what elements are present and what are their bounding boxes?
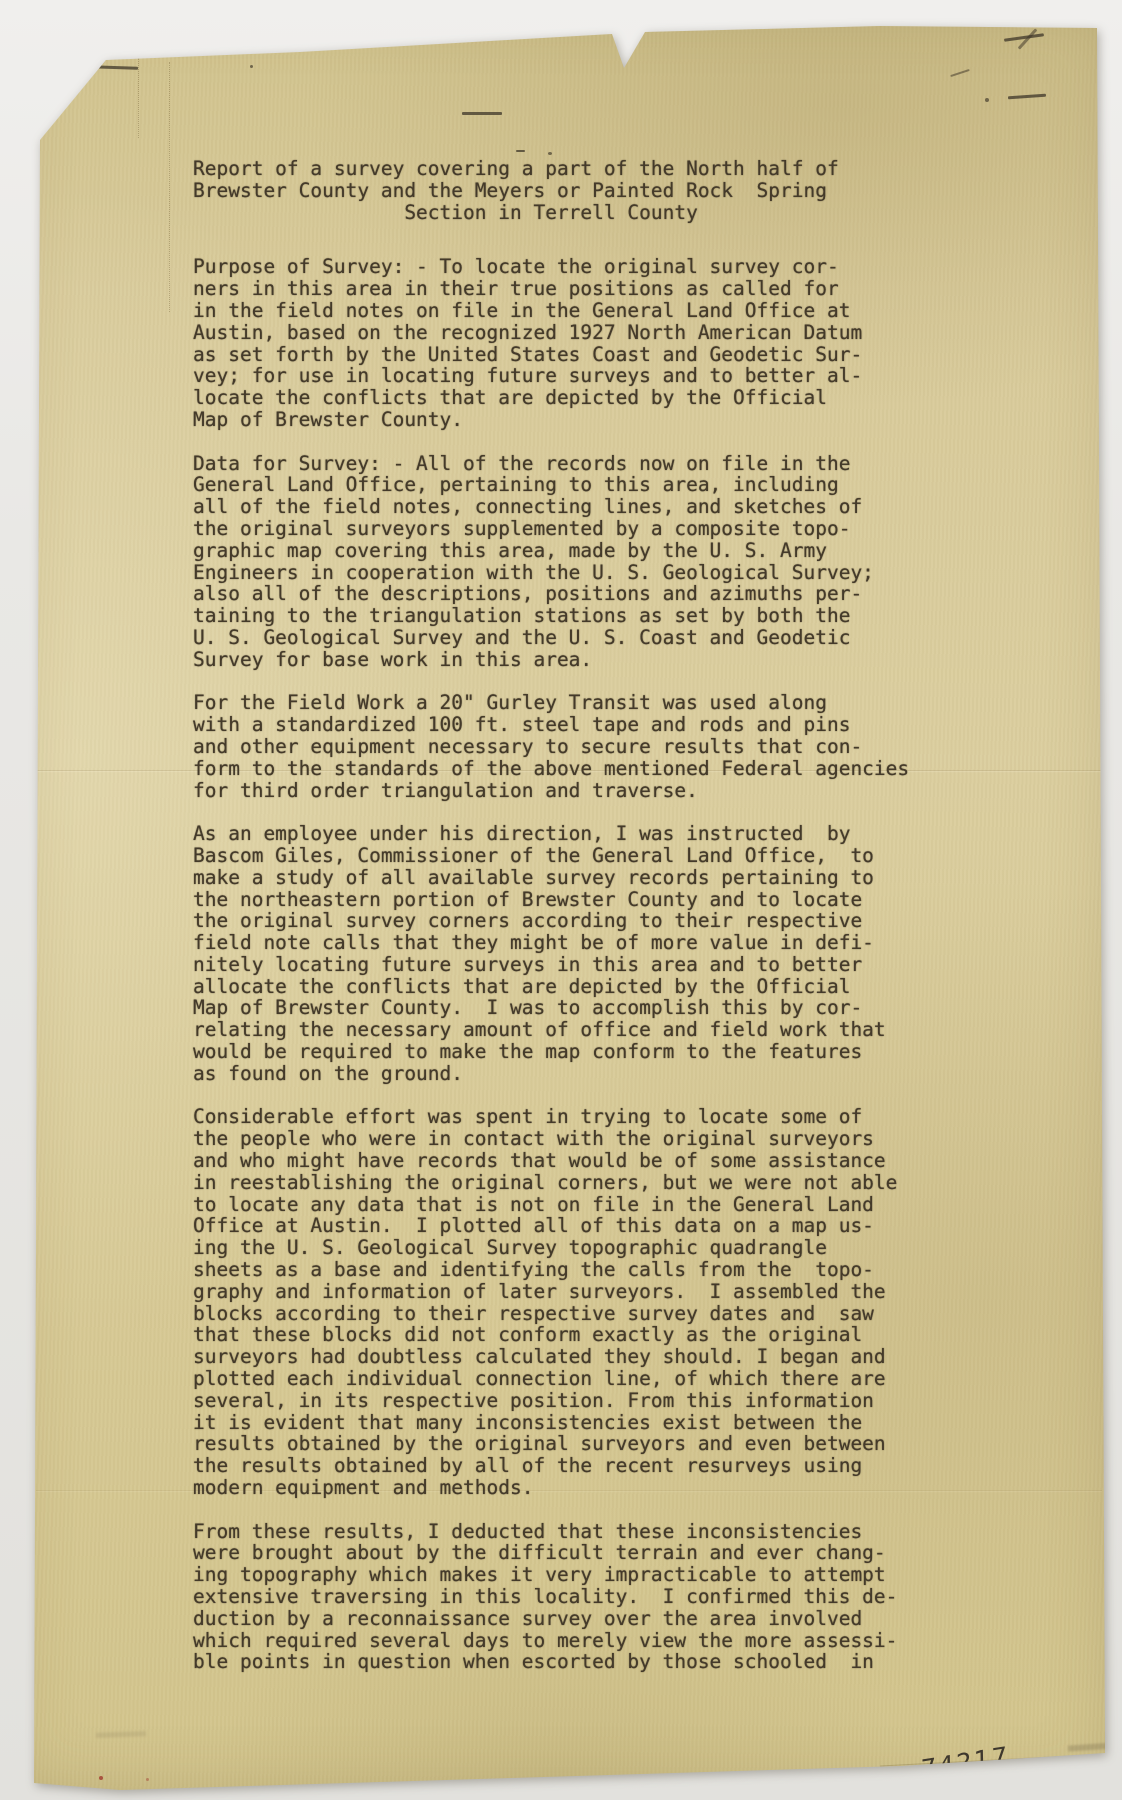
vertical-crease: [138, 58, 140, 138]
text-line: modern equipment and methods.: [193, 1477, 953, 1499]
pencil-speck: [548, 152, 552, 155]
document-title: Report of a survey covering a part of th…: [193, 158, 953, 223]
text-line: the northeastern portion of Brewster Cou…: [193, 889, 953, 911]
text-line: Engineers in cooperation with the U. S. …: [193, 562, 953, 584]
text-line: Austin, based on the recognized 1927 Nor…: [193, 322, 953, 344]
text-line: Survey for base work in this area.: [193, 649, 953, 671]
paragraph: Considerable effort was spent in trying …: [193, 1106, 953, 1498]
text-line: ing the U. S. Geological Survey topograp…: [193, 1237, 953, 1259]
text-line: form to the standards of the above menti…: [193, 758, 953, 780]
text-line: Purpose of Survey: - To locate the origi…: [193, 256, 953, 278]
text-line: Office at Austin. I plotted all of this …: [193, 1215, 953, 1237]
text-line: also all of the descriptions, positions …: [193, 583, 953, 605]
text-line: graphy and information of later surveyor…: [193, 1281, 953, 1303]
text-line: sheets as a base and identifying the cal…: [193, 1259, 953, 1281]
text-line: several, in its respective position. Fro…: [193, 1390, 953, 1412]
text-line: General Land Office, pertaining to this …: [193, 474, 953, 496]
text-line: As an employee under his direction, I wa…: [193, 823, 953, 845]
text-line: with a standardized 100 ft. steel tape a…: [193, 714, 953, 736]
text-line: ing topography which makes it very impra…: [193, 1564, 953, 1586]
title-line: Report of a survey covering a part of th…: [193, 158, 953, 180]
paper-shadow-wrapper: Report of a survey covering a part of th…: [0, 0, 1122, 1800]
text-line: which required several days to merely vi…: [193, 1630, 953, 1652]
text-line: results obtained by the original surveyo…: [193, 1433, 953, 1455]
text-line: in reestablishing the original corners, …: [193, 1172, 953, 1194]
text-line: the results obtained by all of the recen…: [193, 1455, 953, 1477]
text-line: nitely locating future surveys in this a…: [193, 954, 953, 976]
text-line: For the Field Work a 20" Gurley Transit …: [193, 692, 953, 714]
text-line: make a study of all available survey rec…: [193, 867, 953, 889]
vertical-crease: [169, 62, 171, 312]
document-paragraphs: Purpose of Survey: - To locate the origi…: [193, 256, 953, 1673]
ink-smudge: [1068, 1742, 1114, 1751]
document-page: Report of a survey covering a part of th…: [0, 0, 1122, 1800]
text-line: that these blocks did not conform exactl…: [193, 1324, 953, 1346]
text-line: ners in this area in their true position…: [193, 278, 953, 300]
text-line: relating the necessary amount of office …: [193, 1019, 953, 1041]
text-line: From these results, I deducted that thes…: [193, 1521, 953, 1543]
text-line: allocate the conflicts that are depicted…: [193, 976, 953, 998]
text-line: taining to the triangulation stations as…: [193, 605, 953, 627]
text-line: graphic map covering this area, made by …: [193, 540, 953, 562]
text-line: and who might have records that would be…: [193, 1150, 953, 1172]
text-line: and other equipment necessary to secure …: [193, 736, 953, 758]
paragraph: For the Field Work a 20" Gurley Transit …: [193, 692, 953, 801]
text-line: blocks according to their respective sur…: [193, 1303, 953, 1325]
text-line: duction by a reconnaissance survey over …: [193, 1608, 953, 1630]
text-line: U. S. Geological Survey and the U. S. Co…: [193, 627, 953, 649]
text-line: as found on the ground.: [193, 1063, 953, 1085]
text-line: Data for Survey: - All of the records no…: [193, 453, 953, 475]
pencil-smudge: [96, 1731, 146, 1738]
document-text: Report of a survey covering a part of th…: [193, 158, 953, 1695]
red-speck: [99, 1776, 103, 1780]
fold-crease-line: [38, 57, 108, 139]
red-speck: [146, 1778, 149, 1781]
text-line: field note calls that they might be of m…: [193, 932, 953, 954]
text-line: plotted each individual connection line,…: [193, 1368, 953, 1390]
text-line: the original surveyors supplemented by a…: [193, 518, 953, 540]
text-line: in the field notes on file in the Genera…: [193, 300, 953, 322]
text-line: to locate any data that is not on file i…: [193, 1194, 953, 1216]
text-line: surveyors had doubtless calculated they …: [193, 1346, 953, 1368]
pencil-mark: [462, 112, 502, 115]
pencil-mark: [950, 69, 970, 77]
text-line: for third order triangulation and traver…: [193, 780, 953, 802]
title-line: Section in Terrell County: [193, 202, 953, 224]
pencil-speck: [250, 65, 253, 68]
pencil-mark: [85, 60, 91, 70]
folded-corner: [0, 0, 120, 150]
text-line: would be required to make the map confor…: [193, 1041, 953, 1063]
paragraph: From these results, I deducted that thes…: [193, 1521, 953, 1674]
pencil-speck: [516, 150, 525, 152]
paragraph: Purpose of Survey: - To locate the origi…: [193, 256, 953, 430]
text-line: vey; for use in locating future surveys …: [193, 365, 953, 387]
pencil-speck: [96, 50, 99, 53]
text-line: the original survey corners according to…: [193, 910, 953, 932]
pencil-speck: [53, 48, 57, 52]
pencil-mark: [1008, 94, 1046, 100]
pencil-speck: [985, 98, 989, 102]
title-line: Brewster County and the Meyers or Painte…: [193, 180, 953, 202]
text-line: ble points in question when escorted by …: [193, 1651, 953, 1673]
text-line: Map of Brewster County. I was to accompl…: [193, 997, 953, 1019]
text-line: all of the field notes, connecting lines…: [193, 496, 953, 518]
text-line: extensive traversing in this locality. I…: [193, 1586, 953, 1608]
text-line: Bascom Giles, Commissioner of the Genera…: [193, 845, 953, 867]
scanned-document-screenshot: { "page": { "title_lines": [ "Report of …: [0, 0, 1122, 1800]
paragraph: As an employee under his direction, I wa…: [193, 823, 953, 1085]
text-line: it is evident that many inconsistencies …: [193, 1412, 953, 1434]
pencil-mark: [90, 65, 138, 70]
text-line: Map of Brewster County.: [193, 409, 953, 431]
handwritten-number: 74217: [920, 1741, 1009, 1784]
text-line: were brought about by the difficult terr…: [193, 1542, 953, 1564]
text-line: as set forth by the United States Coast …: [193, 344, 953, 366]
pencil-speck: [77, 50, 80, 53]
text-line: locate the conflicts that are depicted b…: [193, 387, 953, 409]
text-line: Considerable effort was spent in trying …: [193, 1106, 953, 1128]
paragraph: Data for Survey: - All of the records no…: [193, 453, 953, 671]
text-line: the people who were in contact with the …: [193, 1128, 953, 1150]
pencil-speck: [223, 36, 227, 39]
